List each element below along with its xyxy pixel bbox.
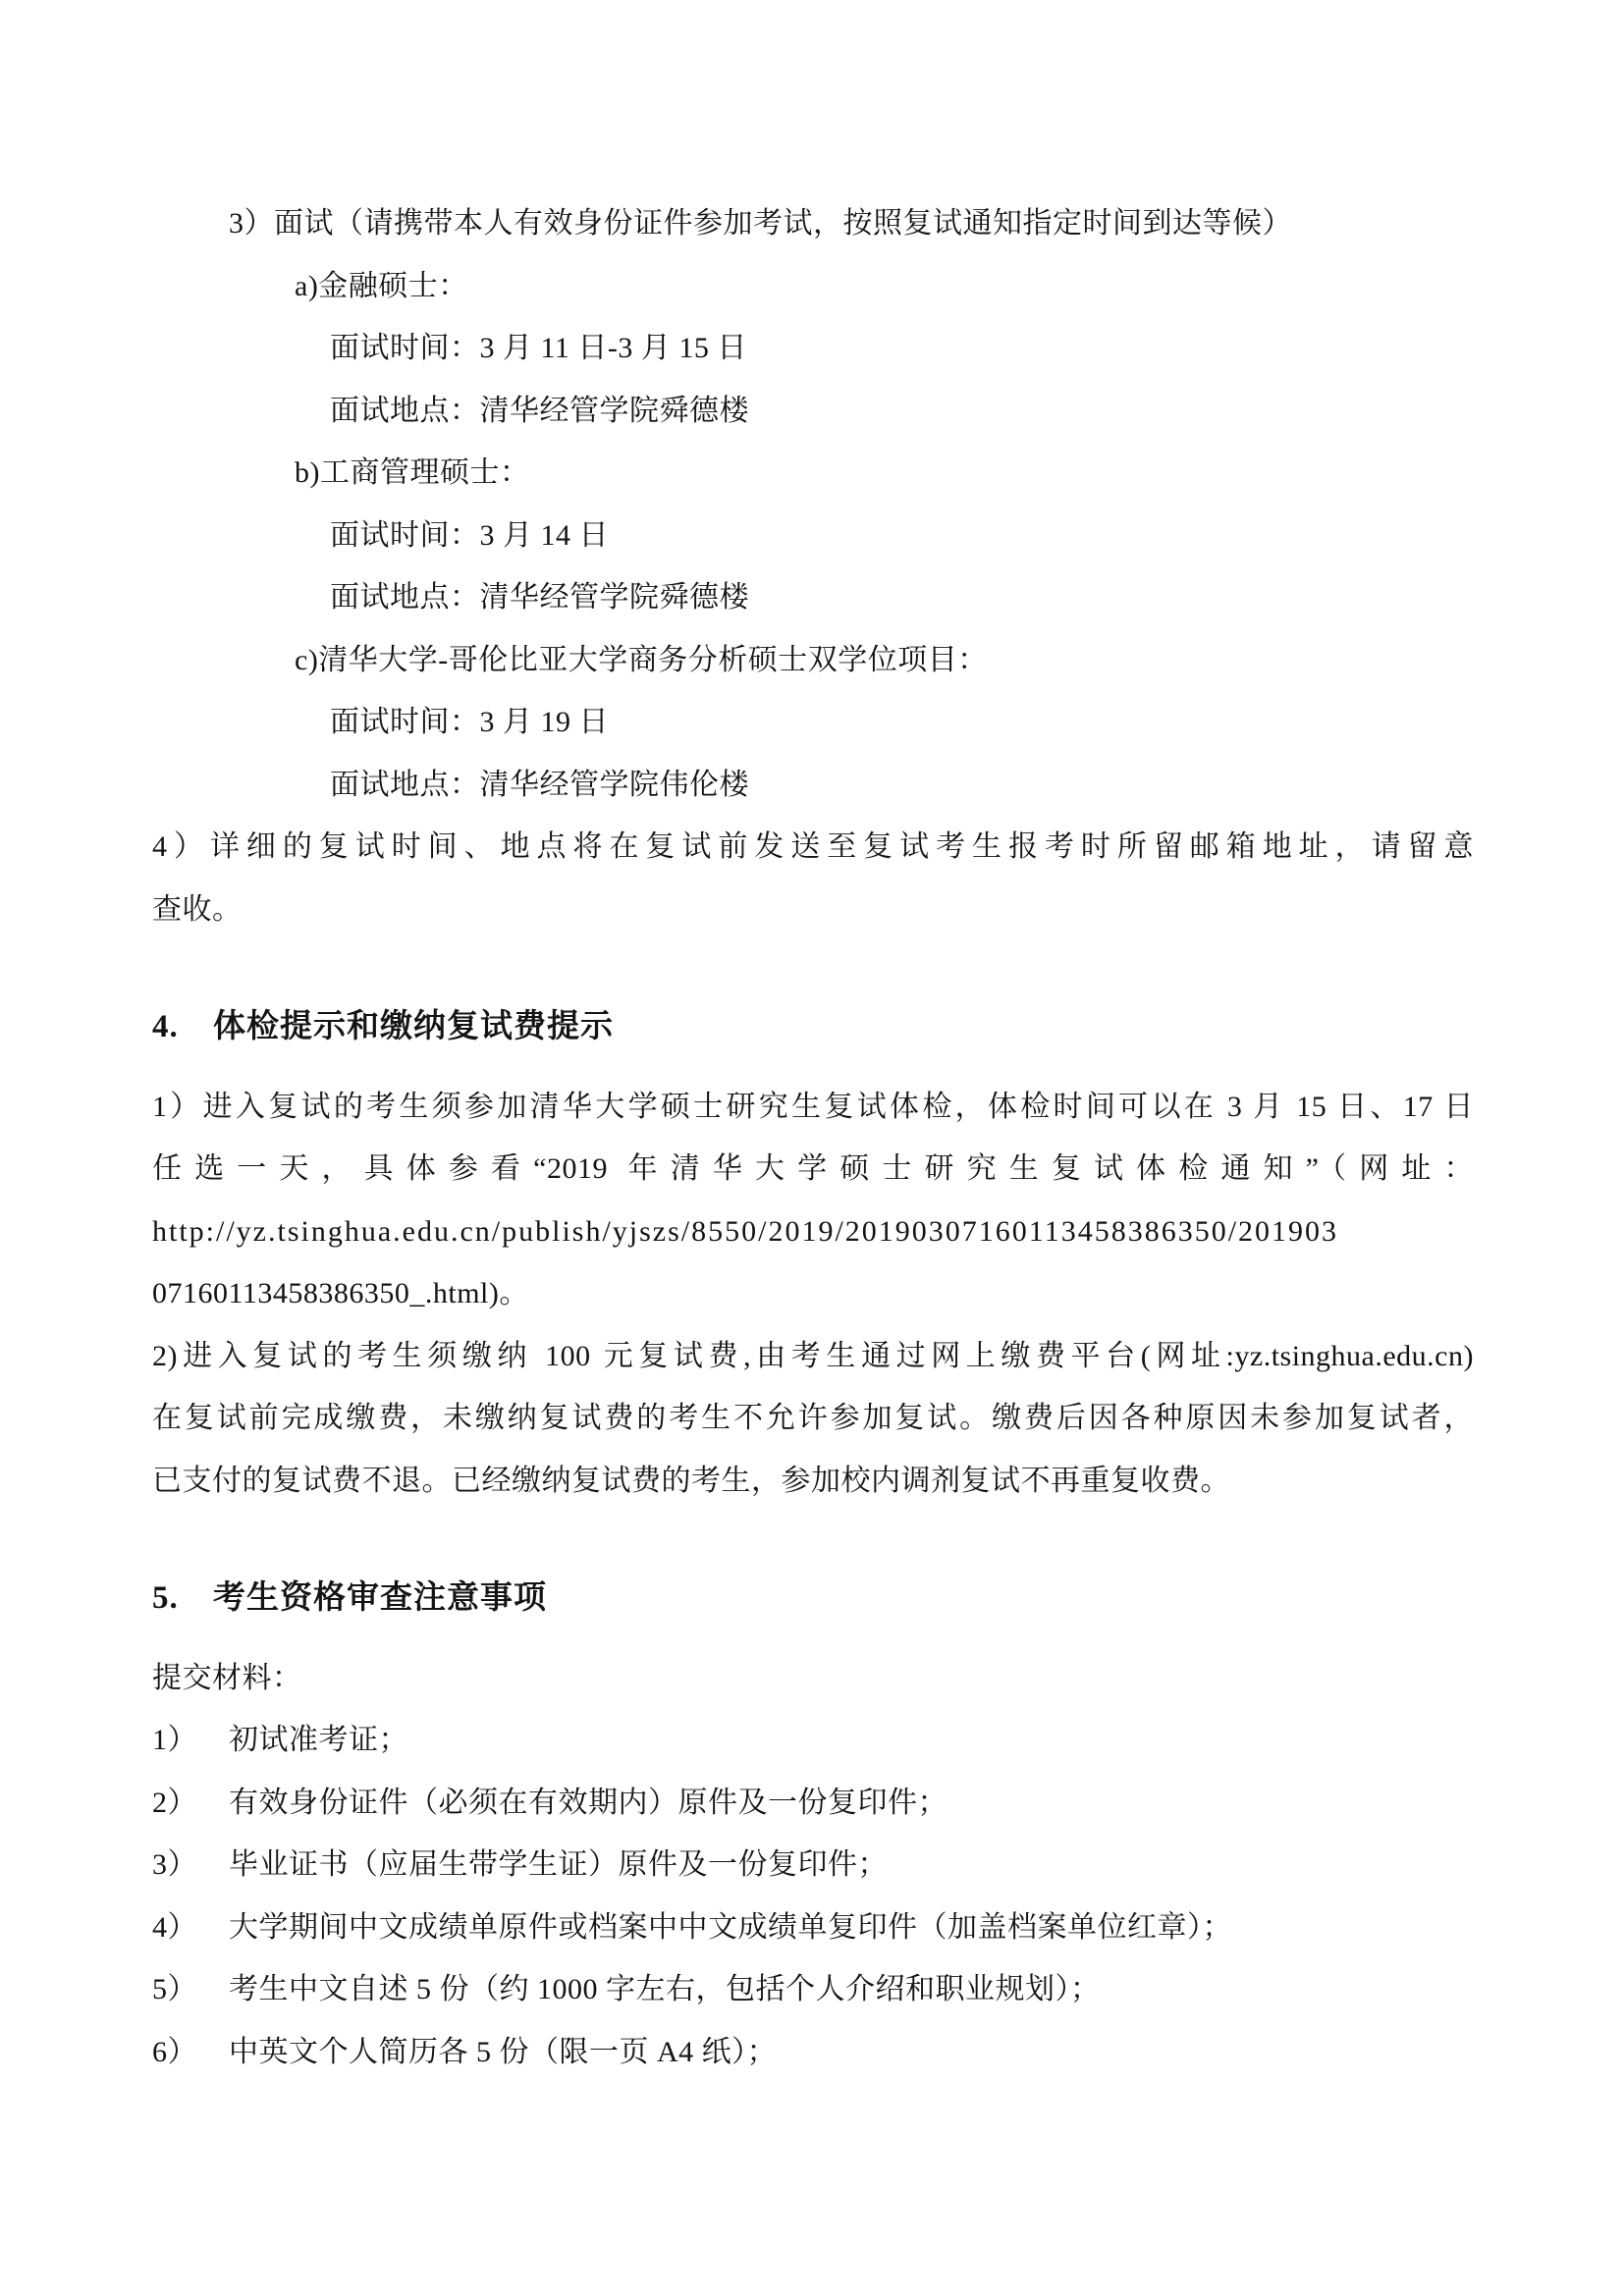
interview-time-b: 面试时间：3 月 14 日 xyxy=(152,505,1474,567)
interview-time-a: 面试时间：3 月 11 日-3 月 15 日 xyxy=(152,317,1474,380)
material-item-1-text: 初试准考证； xyxy=(229,1724,408,1756)
material-item-2-text: 有效身份证件（必须在有效期内）原件及一份复印件； xyxy=(229,1787,947,1819)
section-5-number: 5. xyxy=(152,1568,213,1630)
list-item-4-notice-line1: 4）详细的复试时间、地点将在复试前发送至复试考生报考时所留邮箱地址，请留意 xyxy=(152,816,1474,879)
medical-check-url-line1: http://yz.tsinghua.edu.cn/publish/yjszs/… xyxy=(152,1201,1474,1263)
section-5-heading: 5.考生资格审查注意事项 xyxy=(152,1568,1474,1630)
medical-check-line2: 任选一天，具体参看“2019 年清华大学硕士研究生复试体检通知”（网址： xyxy=(152,1138,1474,1201)
material-item-4-text: 大学期间中文成绩单原件或档案中中文成绩单复印件（加盖档案单位红章）； xyxy=(229,1911,1232,1944)
material-item-3-text: 毕业证书（应届生带学生证）原件及一份复印件； xyxy=(229,1848,888,1881)
section-5-title: 考生资格审查注意事项 xyxy=(213,1580,547,1616)
sub-item-a-label: a)金融硕士： xyxy=(152,255,1474,318)
material-item-4: 4）大学期间中文成绩单原件或档案中中文成绩单复印件（加盖档案单位红章）； xyxy=(152,1896,1474,1959)
section-4-heading: 4.体检提示和缴纳复试费提示 xyxy=(152,996,1474,1059)
retest-fee-line2: 在复试前完成缴费，未缴纳复试费的考生不允许参加复试。缴费后因各种原因未参加复试者… xyxy=(152,1387,1474,1450)
list-item-3-interview: 3）面试（请携带本人有效身份证件参加考试，按照复试通知指定时间到达等候） xyxy=(152,192,1474,255)
interview-place-a: 面试地点：清华经管学院舜德楼 xyxy=(152,380,1474,443)
medical-check-url-line2: 07160113458386350_.html)。 xyxy=(152,1262,1474,1325)
material-item-5-text: 考生中文自述 5 份（约 1000 字左右，包括个人介绍和职业规划）； xyxy=(229,1973,1101,2005)
material-item-2: 2）有效身份证件（必须在有效期内）原件及一份复印件； xyxy=(152,1772,1474,1835)
material-item-3-number: 3） xyxy=(152,1834,229,1896)
document-page: 3）面试（请携带本人有效身份证件参加考试，按照复试通知指定时间到达等候） a)金… xyxy=(0,0,1624,2296)
submit-materials-intro: 提交材料： xyxy=(152,1647,1474,1710)
material-item-5-number: 5） xyxy=(152,1958,229,2021)
interview-place-c: 面试地点：清华经管学院伟伦楼 xyxy=(152,754,1474,817)
section-4-title: 体检提示和缴纳复试费提示 xyxy=(213,1009,614,1044)
material-item-6-text: 中英文个人简历各 5 份（限一页 A4 纸）； xyxy=(229,2036,777,2068)
material-item-5: 5）考生中文自述 5 份（约 1000 字左右，包括个人介绍和职业规划）； xyxy=(152,1958,1474,2021)
sub-item-c-label: c)清华大学-哥伦比亚大学商务分析硕士双学位项目： xyxy=(152,629,1474,692)
document-content: 3）面试（请携带本人有效身份证件参加考试，按照复试通知指定时间到达等候） a)金… xyxy=(152,192,1474,2083)
material-item-6: 6）中英文个人简历各 5 份（限一页 A4 纸）； xyxy=(152,2021,1474,2084)
medical-check-line1: 1）进入复试的考生须参加清华大学硕士研究生复试体检，体检时间可以在 3 月 15… xyxy=(152,1076,1474,1139)
list-item-4-notice-line2: 查收。 xyxy=(152,879,1474,941)
interview-time-c: 面试时间：3 月 19 日 xyxy=(152,691,1474,754)
material-item-4-number: 4） xyxy=(152,1896,229,1959)
material-item-1: 1）初试准考证； xyxy=(152,1709,1474,1772)
material-item-3: 3）毕业证书（应届生带学生证）原件及一份复印件； xyxy=(152,1834,1474,1896)
sub-item-b-label: b)工商管理硕士： xyxy=(152,442,1474,505)
section-4-number: 4. xyxy=(152,996,213,1059)
retest-fee-line1: 2)进入复试的考生须缴纳 100 元复试费,由考生通过网上缴费平台(网址:yz.… xyxy=(152,1325,1474,1388)
material-item-1-number: 1） xyxy=(152,1709,229,1772)
material-item-6-number: 6） xyxy=(152,2021,229,2084)
retest-fee-line3: 已支付的复试费不退。已经缴纳复试费的考生，参加校内调剂复试不再重复收费。 xyxy=(152,1450,1474,1513)
interview-place-b: 面试地点：清华经管学院舜德楼 xyxy=(152,566,1474,629)
material-item-2-number: 2） xyxy=(152,1772,229,1835)
